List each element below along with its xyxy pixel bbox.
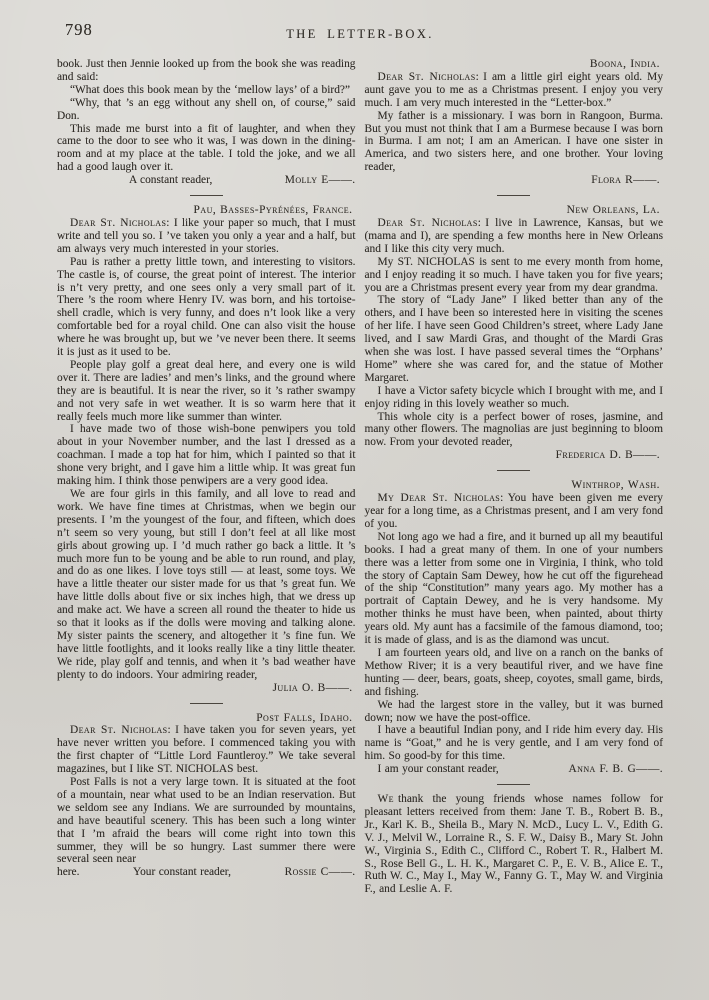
closing-phrase: I am your constant reader, [378, 763, 499, 776]
letter-pau: Pau, Basses-Pyrénées, France. Dear St. N… [57, 204, 356, 694]
letter-paragraph: My ST. NICHOLAS is sent to me every mont… [365, 256, 664, 295]
letter-postfalls: Post Falls, Idaho. Dear St. Nicholas:I h… [57, 712, 356, 880]
letter-winthrop: Winthrop, Wash. My Dear St. Nicholas:You… [365, 479, 664, 776]
lead-word: We [378, 793, 394, 805]
dateline: Post Falls, Idaho. [57, 712, 356, 725]
letter-molly: book. Just then Jennie looked up from th… [57, 58, 356, 187]
closing-line: I am your constant reader, Anna F. B. G—… [365, 763, 664, 776]
dateline: New Orleans, La. [365, 204, 664, 217]
signature: Molly E——. [285, 174, 356, 187]
salutation: Dear St. Nicholas: [378, 71, 480, 83]
closing-phrase: Your constant reader, [133, 866, 231, 879]
thanks-note: Wethank the young friends whose names fo… [365, 793, 664, 896]
signature: Anna F. B. G——. [569, 763, 663, 776]
letter-paragraph: Not long ago we had a fire, and it burne… [365, 531, 664, 647]
letter-paragraph: “What does this book mean by the ‘mellow… [57, 84, 356, 97]
column-left: book. Just then Jennie looked up from th… [57, 58, 356, 896]
dateline: Winthrop, Wash. [365, 479, 664, 492]
letter-paragraph: My father is a missionary. I was born in… [365, 110, 664, 175]
letter-paragraph: Dear St. Nicholas:I like your paper so m… [57, 217, 356, 256]
editor-paragraph: Wethank the young friends whose names fo… [365, 793, 664, 896]
page-title: THE LETTER-BOX. [57, 28, 663, 41]
signature: Flora R——. [365, 174, 664, 187]
letter-paragraph: We are four girls in this family, and al… [57, 488, 356, 682]
closing-phrase: A constant reader, [129, 174, 212, 187]
letter-paragraph: book. Just then Jennie looked up from th… [57, 58, 356, 84]
dateline: Boona, India. [365, 58, 664, 71]
section-divider [497, 784, 530, 785]
salutation: My Dear St. Nicholas: [378, 492, 504, 504]
column-right: Boona, India. Dear St. Nicholas:I am a l… [365, 58, 664, 896]
signature: Rossie C——. [285, 866, 356, 879]
magazine-page: 798 THE LETTER-BOX. book. Just then Jenn… [0, 0, 709, 1000]
letter-paragraph: My Dear St. Nicholas:You have been given… [365, 492, 664, 531]
letter-paragraph: This whole city is a perfect bower of ro… [365, 411, 664, 450]
salutation: Dear St. Nicholas: [378, 217, 482, 229]
letter-paragraph: Dear St. Nicholas:I have taken you for s… [57, 724, 356, 776]
two-column-layout: book. Just then Jennie looked up from th… [57, 58, 663, 896]
section-divider [497, 195, 530, 196]
letter-neworleans: New Orleans, La. Dear St. Nicholas:I liv… [365, 204, 664, 462]
section-divider [190, 195, 223, 196]
letter-paragraph: I have a beautiful Indian pony, and I ri… [365, 724, 664, 763]
letter-paragraph: I have a Victor safety bicycle which I b… [365, 385, 664, 411]
closing-line: here. Your constant reader, Rossie C——. [57, 866, 356, 879]
section-divider [190, 703, 223, 704]
letter-paragraph: I have made two of those wish-bone penwi… [57, 423, 356, 488]
letter-paragraph: “Why, that ’s an egg without any shell o… [57, 97, 356, 123]
signature: Frederica D. B——. [365, 449, 664, 462]
letter-paragraph: Dear St. Nicholas:I am a little girl eig… [365, 71, 664, 110]
salutation: Dear St. Nicholas: [70, 724, 171, 736]
letter-paragraph: People play golf a great deal here, and … [57, 359, 356, 424]
signature: Julia O. B——. [57, 682, 356, 695]
page-header: 798 THE LETTER-BOX. [57, 24, 663, 50]
closing-line: A constant reader, Molly E——. [57, 174, 356, 187]
letter-paragraph: I am fourteen years old, and live on a r… [365, 647, 664, 699]
paragraph-text: thank the young friends whose names foll… [365, 793, 664, 895]
letter-boona: Boona, India. Dear St. Nicholas:I am a l… [365, 58, 664, 187]
letter-paragraph: Pau is rather a pretty little town, and … [57, 256, 356, 359]
section-divider [497, 470, 530, 471]
letter-paragraph: Post Falls is not a very large town. It … [57, 776, 356, 866]
salutation: Dear St. Nicholas: [70, 217, 170, 229]
closing-fragment: here. [57, 866, 79, 879]
letter-paragraph: We had the largest store in the valley, … [365, 699, 664, 725]
letter-paragraph: This made me burst into a fit of laughte… [57, 123, 356, 175]
letter-paragraph: The story of “Lady Jane” I liked better … [365, 294, 664, 384]
letter-paragraph: Dear St. Nicholas:I live in Lawrence, Ka… [365, 217, 664, 256]
dateline: Pau, Basses-Pyrénées, France. [57, 204, 356, 217]
